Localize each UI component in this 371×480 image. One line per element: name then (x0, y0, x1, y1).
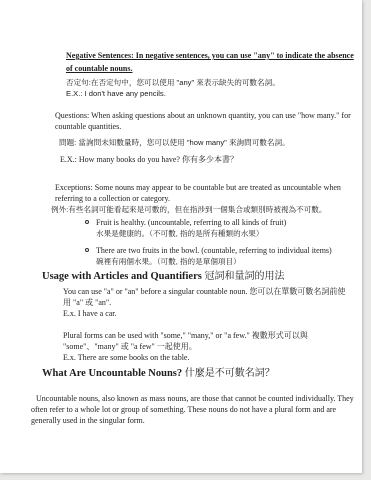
bullet-text: Fruit is healthy. (uncountable, referrin… (96, 217, 352, 239)
usage-articles-example: E.x. I have a car. (63, 308, 352, 319)
negative-sentences-translation: 否定句:在否定句中，您可以使用 "any" 來表示缺失的可數名詞。 (66, 77, 352, 88)
uncountable-heading-en: What Are Uncountable Nouns? (42, 368, 185, 379)
usage-heading-en: Usage with Articles and Quantifiers (42, 271, 204, 282)
usage-articles-paragraph: You can use "a" or "an" before a singula… (63, 286, 348, 308)
circle-bullet-icon (85, 220, 89, 224)
bullet-example-en: There are two fruits in the bowl. (count… (96, 245, 352, 256)
circle-bullet-icon (85, 248, 89, 252)
usage-section-heading: Usage with Articles and Quantifiers 冠詞和量… (42, 270, 352, 284)
bullet-example-en: Fruit is healthy. (uncountable, referrin… (96, 217, 352, 228)
negative-sentences-example: E.X.: I don't have any pencils. (66, 88, 352, 99)
uncountable-section-heading: What Are Uncountable Nouns? 什麼是不可數名詞？ (42, 367, 352, 381)
negative-sentences-heading: Negative Sentences: In negative sentence… (66, 49, 354, 75)
document-content: Negative Sentences: In negative sentence… (0, 0, 362, 426)
uncountable-heading-zh: 什麼是不可數名詞？ (185, 368, 275, 379)
bullet-text: There are two fruits in the bowl. (count… (96, 245, 352, 267)
questions-translation: 問題: 當詢問未知數量時，您可以使用 "how many" 來詢問可數名詞。 (59, 137, 352, 148)
questions-example: E.X.: How many books do you have? 你有多少本書… (60, 154, 352, 165)
list-item: Fruit is healthy. (uncountable, referrin… (85, 217, 352, 239)
exceptions-paragraph: Exceptions: Some nouns may appear to be … (55, 182, 354, 204)
bullet-example-zh: 水果是健康的。（不可數, 指的是所有種類的水果） (96, 228, 352, 239)
questions-paragraph: Questions: When asking questions about a… (55, 110, 352, 132)
usage-plural-paragraph: Plural forms can be used with "some," "m… (63, 330, 348, 352)
document-page: Negative Sentences: In negative sentence… (0, 0, 362, 473)
uncountable-definition-paragraph: Uncountable nouns, also known as mass no… (31, 393, 355, 426)
list-item: There are two fruits in the bowl. (count… (85, 245, 352, 267)
bullet-example-zh: 碗裡有兩個水果。（可數, 指的是單個項目） (96, 256, 352, 267)
exceptions-translation: 例外:有些名詞可能看起來是可數的，但在指涉到一個集合或類別時被視為不可數。 (51, 204, 352, 215)
usage-plural-example: E.x. There are some books on the table. (63, 352, 352, 363)
page-background: Negative Sentences: In negative sentence… (0, 0, 371, 480)
usage-heading-zh: 冠詞和量詞的用法 (204, 271, 284, 282)
